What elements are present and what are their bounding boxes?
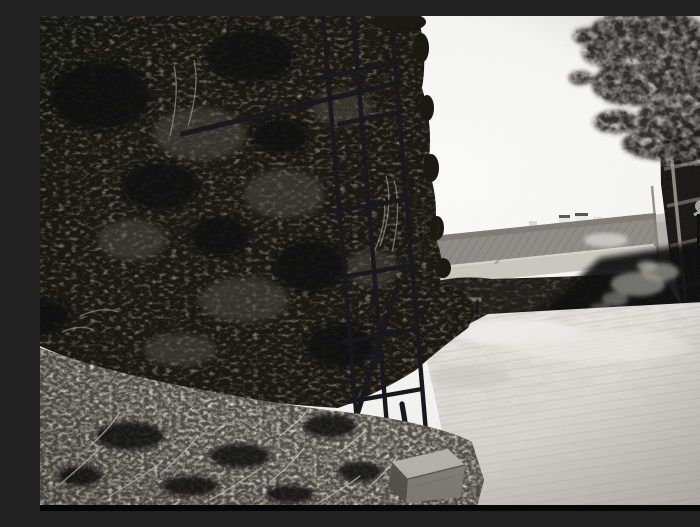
photograph: Black-and-white snapshot of a rural yard… — [40, 16, 700, 511]
film-grain — [40, 16, 700, 511]
film-border — [40, 505, 700, 511]
photo-canvas — [40, 16, 700, 511]
